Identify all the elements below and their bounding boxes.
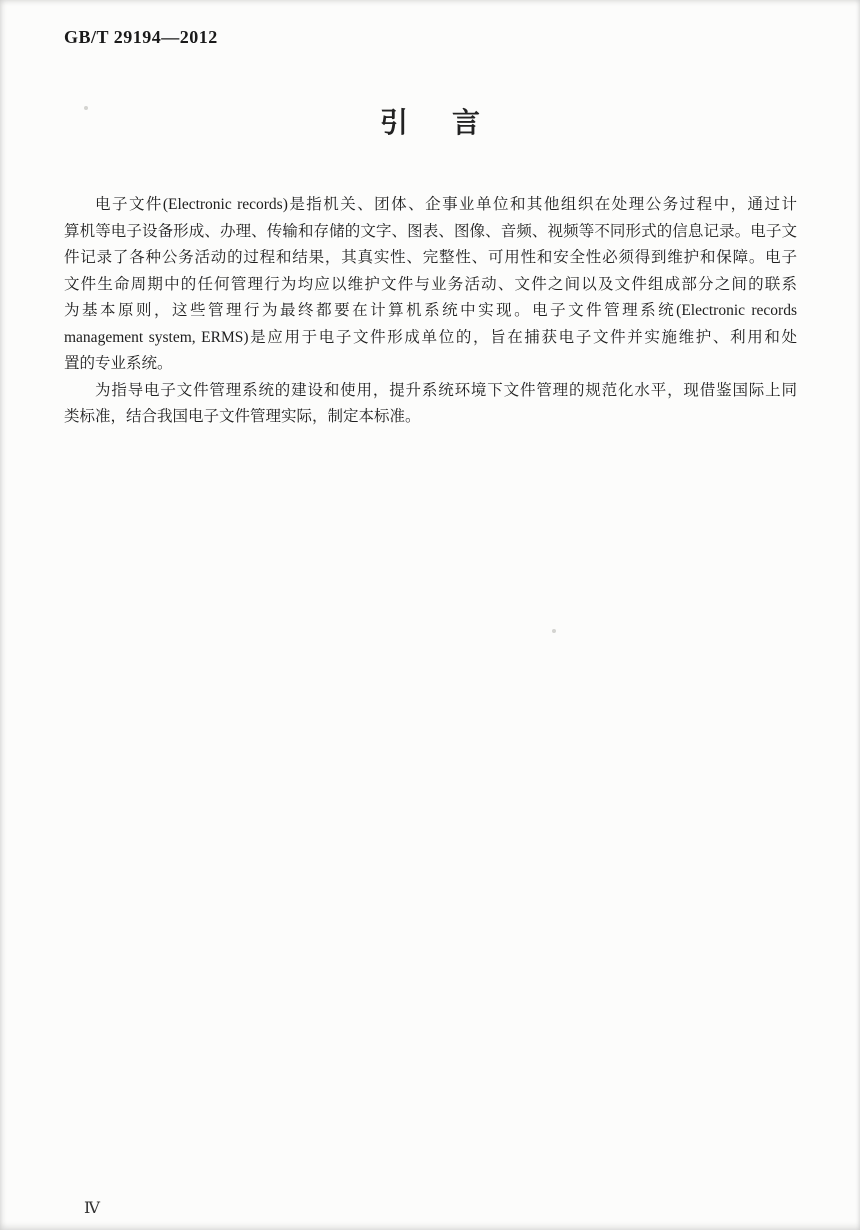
section-title-char-2: 言 bbox=[452, 106, 480, 140]
scan-speck bbox=[84, 106, 88, 110]
body-line: 置的专业系统。 bbox=[64, 351, 797, 378]
body-line: 电子文件(Electronic records)是指机关、团体、企事业单位和其他… bbox=[64, 192, 797, 219]
section-title: 引 言 bbox=[0, 106, 860, 140]
page-number: Ⅳ bbox=[84, 1198, 100, 1218]
body-line: 类标准，结合我国电子文件管理实际，制定本标准。 bbox=[64, 404, 797, 431]
body-line: 件记录了各种公务活动的过程和结果，其真实性、完整性、可用性和安全性必须得到维护和… bbox=[64, 245, 797, 272]
body-line: 文件生命周期中的任何管理行为均应以维护文件与业务活动、文件之间以及文件组成部分之… bbox=[64, 272, 797, 299]
section-title-char-1: 引 bbox=[380, 106, 408, 140]
body-line: management system, ERMS)是应用于电子文件形成单位的，旨在… bbox=[64, 325, 797, 352]
standard-number: GB/T 29194—2012 bbox=[64, 27, 218, 48]
body-line: 为指导电子文件管理系统的建设和使用，提升系统环境下文件管理的规范化水平，现借鉴国… bbox=[64, 378, 797, 405]
introduction-text: 电子文件(Electronic records)是指机关、团体、企事业单位和其他… bbox=[64, 192, 797, 431]
body-line: 算机等电子设备形成、办理、传输和存储的文字、图表、图像、音频、视频等不同形式的信… bbox=[64, 219, 797, 246]
scan-speck bbox=[552, 629, 556, 633]
body-line: 为基本原则，这些管理行为最终都要在计算机系统中实现。电子文件管理系统(Elect… bbox=[64, 298, 797, 325]
scanned-document-page: GB/T 29194—2012 引 言 电子文件(Electronic reco… bbox=[0, 0, 860, 1230]
